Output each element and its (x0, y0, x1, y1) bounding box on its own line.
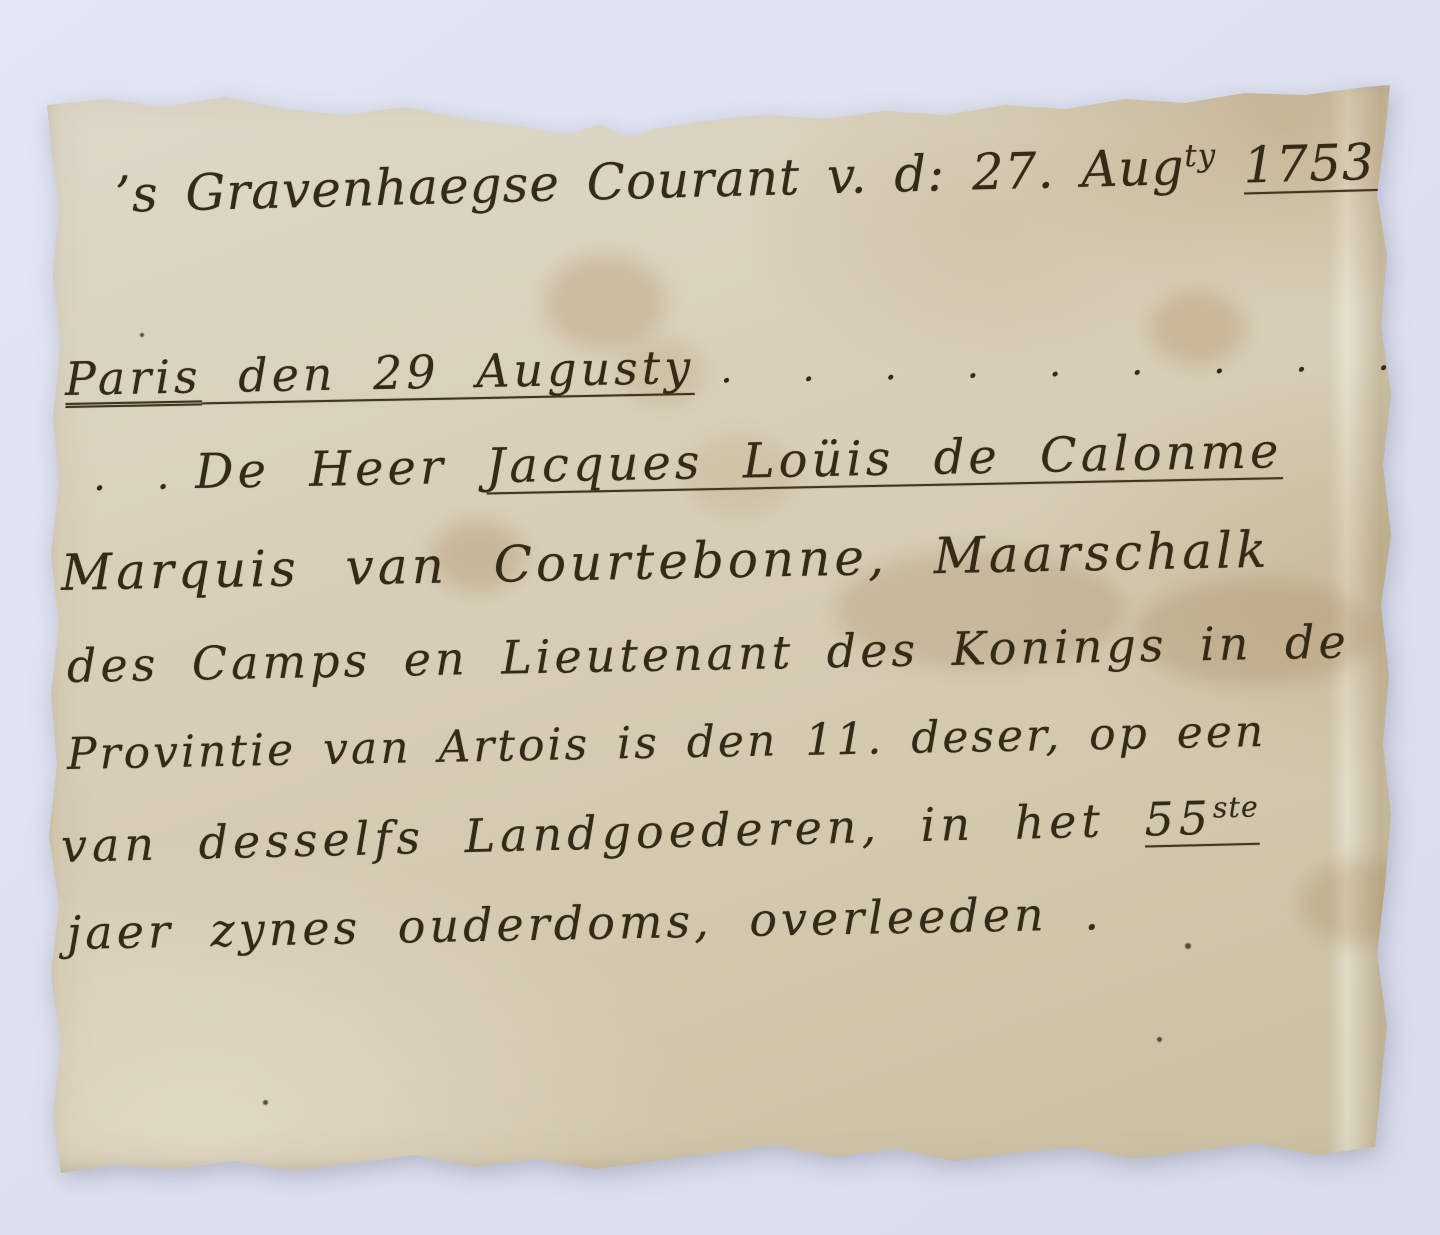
manuscript-paper: ’s Gravenhaegse Courant v. d: 27. Augty … (45, 85, 1393, 1175)
age-ordinal-suffix: ste (1212, 790, 1259, 824)
manuscript-line-dateline: Paris den 29 Augusty. . . . . . . . . (64, 328, 1389, 406)
manuscript-line-deceased: jaer zynes ouderdoms, overleeden . (66, 887, 1103, 960)
deceased-text: jaer zynes ouderdoms, overleeden . (66, 886, 1103, 960)
name-lead-dots: . . (93, 452, 174, 500)
manuscript-line-rank: des Camps en Lieutenant des Konings in d… (66, 615, 1350, 693)
heading-superscript: ty (1184, 138, 1217, 175)
ink-speck (1157, 1037, 1162, 1042)
manuscript-line-heading: ’s Gravenhaegse Courant v. d: 27. Augty … (114, 134, 1392, 225)
ink-speck (140, 333, 144, 337)
age-digits: 55 (1144, 791, 1214, 847)
province-text: Provintie van Artois is den 11. deser, o… (66, 706, 1266, 780)
rank-text: des Camps en Lieutenant des Konings in d… (66, 614, 1350, 693)
person-name: Jacques Loüis de Calonme (486, 423, 1283, 494)
ink-speck (1185, 943, 1191, 949)
name-prefix: De Heer (195, 438, 487, 500)
manuscript-line-estate: van desselfs Landgoederen, in het 55ste (60, 791, 1259, 873)
stain (545, 255, 665, 350)
dateline-place: Paris (64, 349, 202, 406)
ink-speck (263, 1100, 268, 1105)
manuscript-line-name: . .De Heer Jacques Loüis de Calonme (92, 424, 1282, 502)
heading-year: 1753. (1243, 133, 1393, 195)
dateline-dots: . . . . . . . . . (720, 335, 1390, 392)
age-number: 55ste (1144, 790, 1260, 847)
heading-text: ’s Gravenhaegse Courant v. d: 27. Aug (114, 138, 1185, 224)
manuscript-line-province: Provintie van Artois is den 11. deser, o… (67, 707, 1267, 781)
photo-background: ’s Gravenhaegse Courant v. d: 27. Augty … (0, 0, 1440, 1235)
stain (1300, 860, 1420, 945)
estate-text: van desselfs Landgoederen, in het (60, 793, 1145, 873)
dateline-date: den 29 Augusty (201, 340, 695, 403)
torn-paper-sheet: ’s Gravenhaegse Courant v. d: 27. Augty … (45, 85, 1393, 1175)
